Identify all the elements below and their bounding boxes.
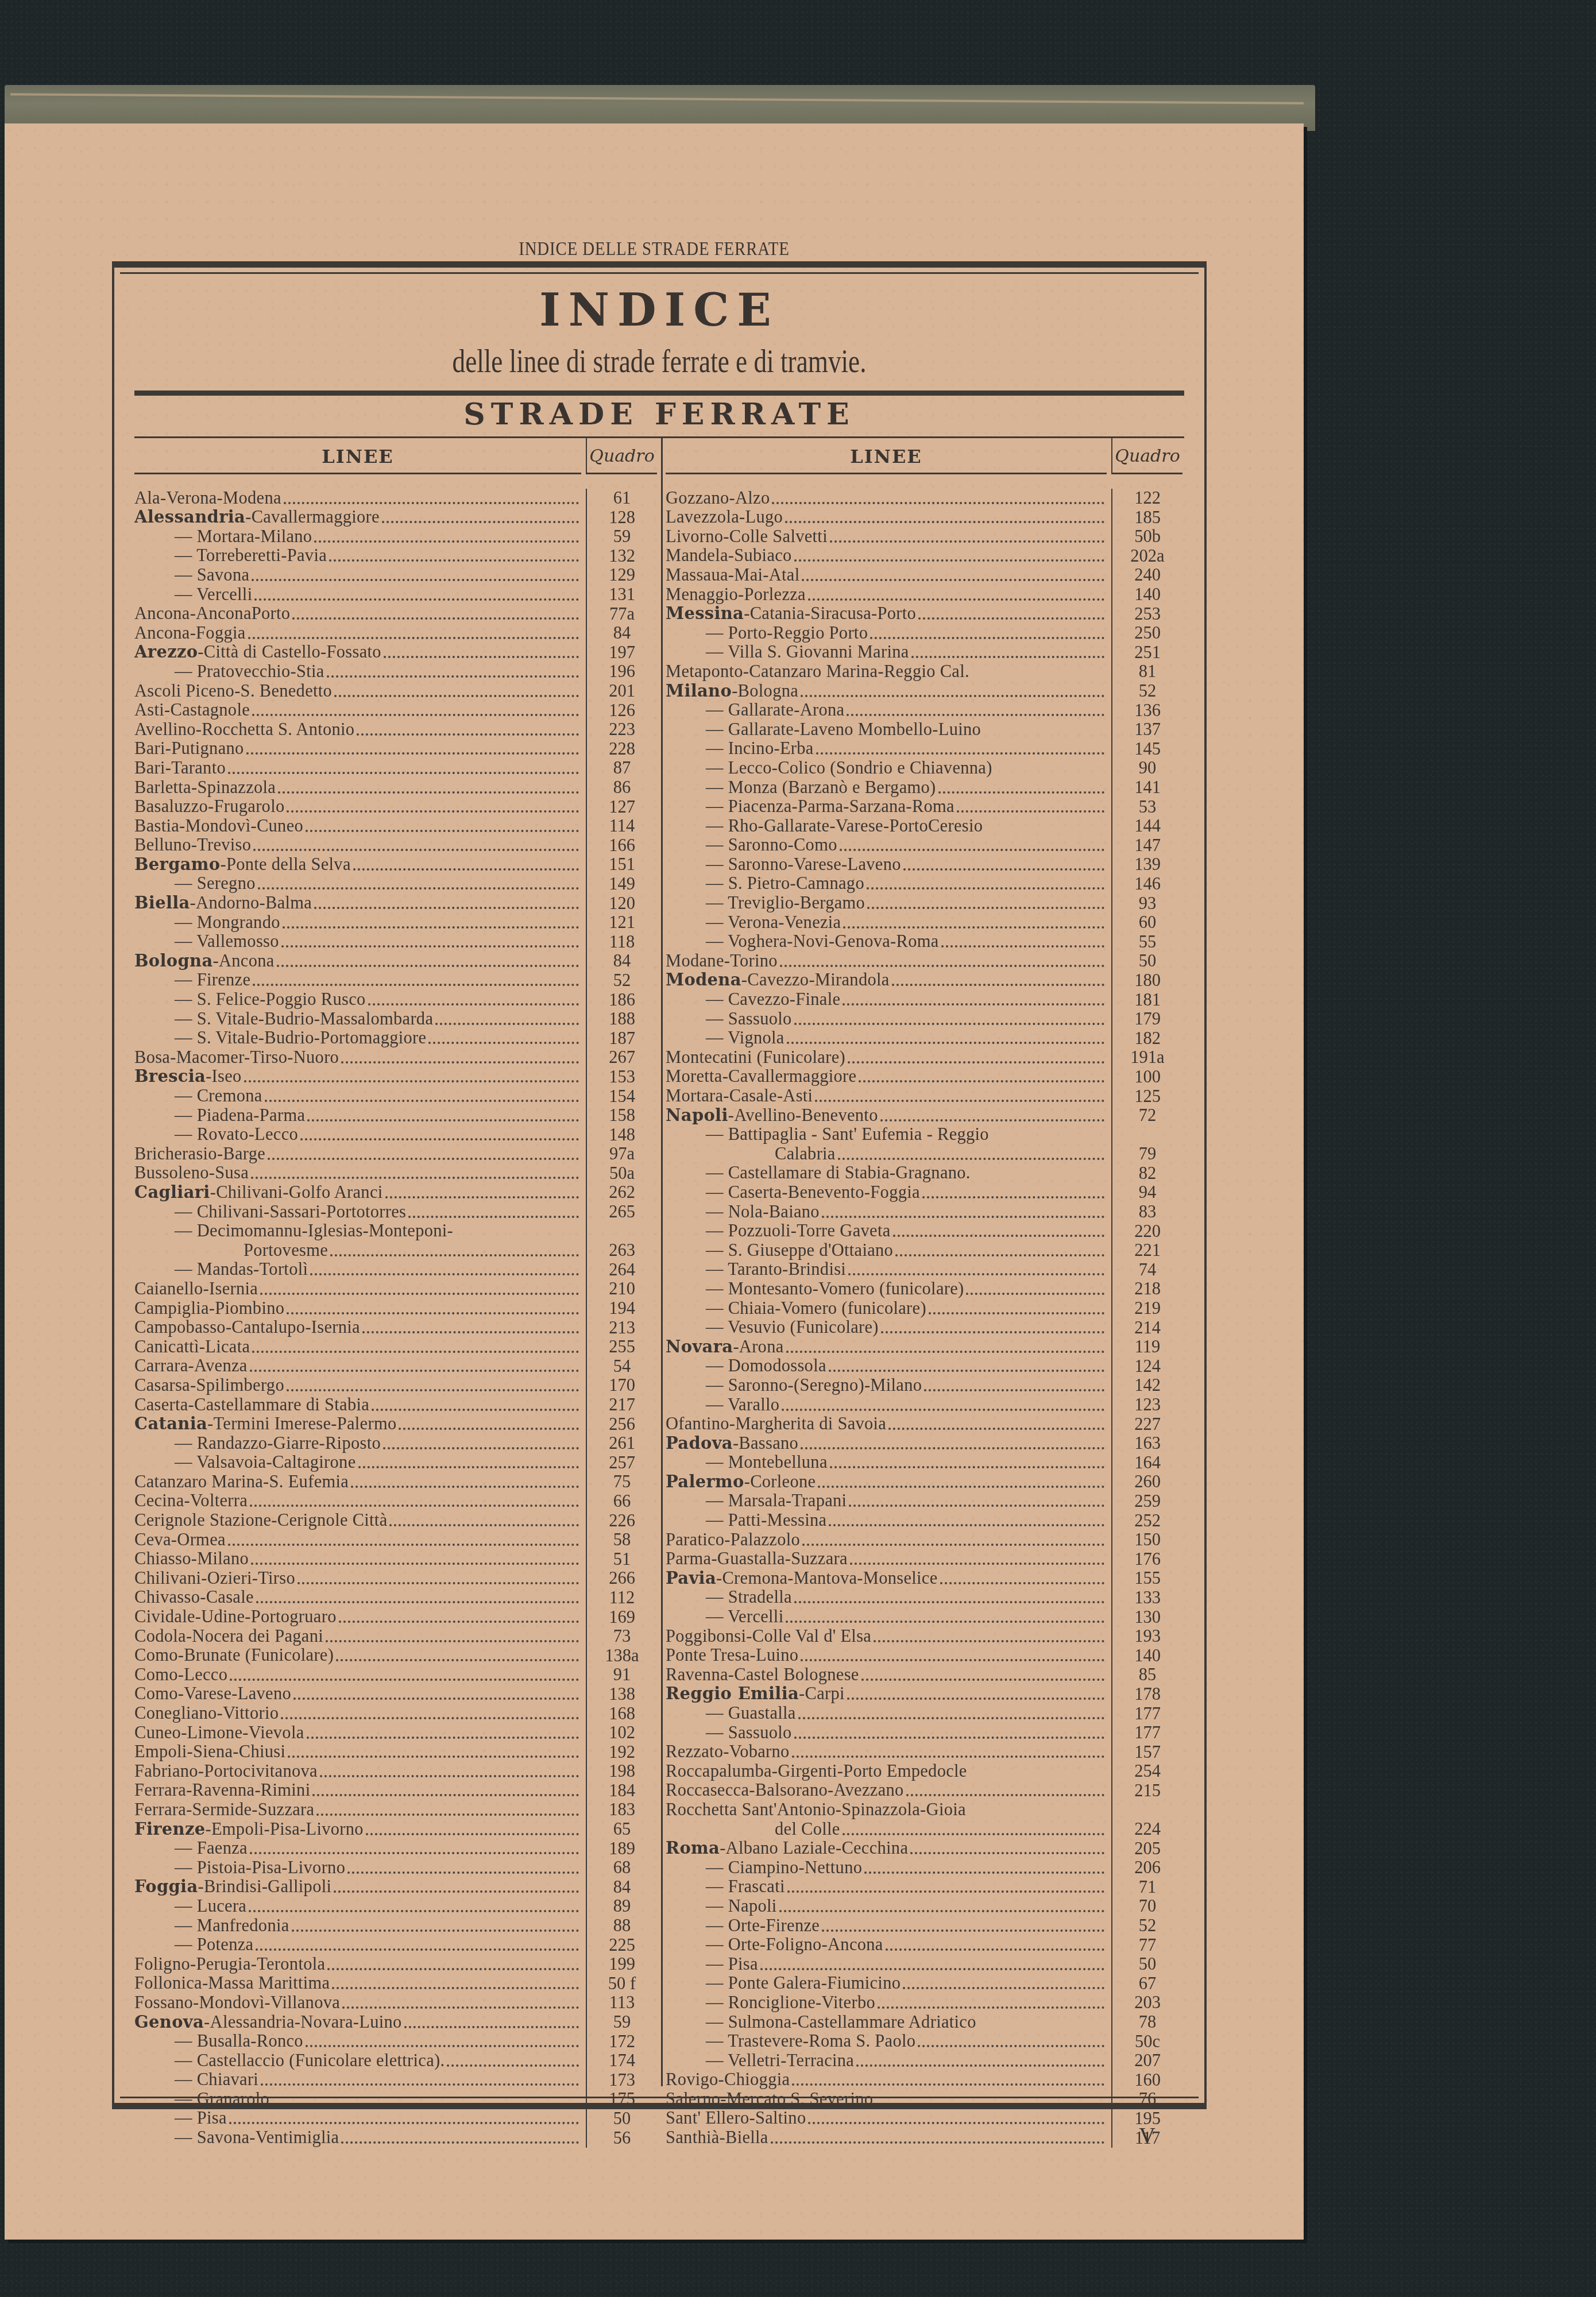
line-name: Firenze-Empoli-Pisa-Livorno [134,1819,581,1839]
index-row: Calabria79 [666,1144,1182,1164]
route-text: — Busalla-Ronco [175,2031,303,2051]
line-text: — Randazzo-Giarre-Riposto [175,1433,381,1453]
line-name: Caserta-Castellammare di Stabia [134,1395,581,1415]
route-text: Montecatini (Funicolare) [666,1047,845,1067]
quadro-number: 138 [609,1685,635,1704]
quadro-cell: 178 [1111,1685,1182,1704]
line-text: — Piacenza-Parma-Sarzana-Roma [706,796,954,817]
dot-leader [347,1858,579,1874]
dot-leader [385,1182,579,1198]
hub-city: Foggia [134,1877,198,1896]
quadro-number: 198 [609,1762,635,1781]
line-name: — Voghera-Novi-Genova-Roma [666,931,1107,952]
quadro-number: 191a [1130,1049,1164,1068]
line-name: — Seregno [134,873,581,894]
route-text: Cecina-Volterra [134,1491,248,1510]
index-frame: INDICE delle linee di strade ferrate e d… [112,261,1207,2109]
line-name: Calabria [666,1144,1107,1164]
dot-leader [924,1375,1104,1391]
line-text: Paratico-Palazzolo [666,1530,800,1550]
line-name: — Mortara-Milano [134,527,581,547]
dot-leader [307,1105,579,1122]
index-row: Mortara-Casale-Asti125 [666,1086,1182,1106]
quadro-number: 220 [1134,1223,1161,1242]
line-text: Bari-Putignano [134,738,244,759]
quadro-cell: 83 [1111,1202,1182,1222]
line-text: Fabriano-Portocivitanova [134,1761,318,1781]
line-text: Bosa-Macomer-Tirso-Nuoro [134,1047,339,1068]
route-text: — Ciampino-Nettuno [706,1858,862,1877]
quadro-number: 144 [1134,817,1161,836]
quadro-number: 51 [613,1550,631,1569]
quadro-cell: 172 [586,2032,657,2052]
line-name: Livorno-Colle Salvetti [666,527,1107,547]
quadro-cell: 176 [1111,1550,1182,1569]
line-text: — Saronno-Como [706,835,837,855]
line-name: Foligno-Perugia-Terontola [134,1954,581,1974]
route-text: — Valsavoia-Caltagirone [175,1452,356,1472]
hub-city: Arezzo [134,642,198,662]
line-text: — Saronno-(Seregno)-Milano [706,1375,922,1395]
line-name: Mandela-Subiaco [666,546,1107,566]
line-name: — Ronciglione-Viterbo [666,1993,1107,2013]
route-text: Como-Brunate (Funicolare) [134,1645,334,1665]
line-text: — Porto-Reggio Porto [706,623,868,643]
line-text: — Taranto-Brindisi [706,1259,846,1279]
line-name: — Potenza [134,1935,581,1955]
quadro-number: 252 [1134,1512,1161,1531]
line-name: Ferrara-Sermide-Suzzara [134,1800,581,1820]
line-text: Como-Lecco [134,1665,227,1685]
route-text: — Gallarate-Laveno Mombello-Luino [706,720,981,739]
quadro-cell: 210 [586,1279,657,1299]
quadro-number: 155 [1134,1569,1161,1588]
quadro-header: Quadro [586,438,657,474]
route-text: Asti-Castagnole [134,700,250,720]
route-text: — Montesanto-Vomero (funicolare) [706,1279,964,1298]
line-text: Livorno-Colle Salvetti [666,527,828,547]
quadro-cell: 119 [1111,1337,1182,1357]
quadro-number: 267 [609,1049,635,1068]
route-text: — Gallarate-Arona [706,700,844,720]
route-text: Bosa-Macomer-Tirso-Nuoro [134,1047,339,1067]
quadro-cell: 84 [586,1878,657,1897]
route-text: Campiglia-Piombino [134,1298,284,1318]
dot-leader [283,912,579,929]
quadro-header: Quadro [1111,438,1182,474]
dot-leader [867,893,1104,909]
line-name: — Stradella [666,1587,1107,1607]
index-row: Caserta-Castellammare di Stabia217 [134,1395,657,1415]
dot-leader [320,1761,579,1777]
route-text: — Patti-Messina [706,1510,826,1530]
line-name: — Savona-Ventimiglia [134,2128,581,2148]
route-text: -Arona [733,1337,783,1356]
quadro-number: 119 [1135,1338,1161,1357]
route-text: — Monza (Barzanò e Bergamo) [706,778,936,797]
index-row: — Manfredonia88 [134,1916,657,1936]
line-name: Bari-Taranto [134,758,581,778]
index-row: — Nola-Baiano83 [666,1202,1182,1222]
line-text: — Mortara-Milano [175,527,312,547]
index-row: Ferrara-Sermide-Suzzara183 [134,1800,657,1820]
quadro-cell: 191a [1111,1048,1182,1068]
quadro-number: 185 [1134,509,1161,528]
index-row: Montecatini (Funicolare)191a [666,1048,1182,1068]
quadro-cell: 158 [586,1106,657,1126]
quadro-cell: 169 [586,1607,657,1627]
quadro-number: 68 [613,1859,631,1878]
quadro-number: 158 [609,1107,635,1126]
route-text: — Saronno-Como [706,835,837,854]
quadro-number: 207 [1134,2052,1161,2071]
index-row: — Vercelli130 [666,1607,1182,1627]
line-name: Cecina-Volterra [134,1491,581,1511]
quadro-number: 145 [1134,740,1161,759]
index-row: — Mongrando121 [134,913,657,933]
index-row: — Vercelli131 [134,585,657,605]
hub-city: Roma [666,1838,720,1858]
index-row: Livorno-Colle Salvetti50b [666,527,1182,547]
quadro-cell: 170 [586,1376,657,1395]
line-name: — S. Felice-Poggio Rusco [134,989,581,1010]
line-text: — Sassuolo [706,1723,792,1743]
left-column: LINEE Quadro Ala-Verona-Modena61Alessand… [134,438,657,2086]
line-name: — Napoli [666,1896,1107,1916]
line-text: Gozzano-Alzo [666,488,770,508]
dot-leader [859,1066,1104,1082]
quadro-number: 223 [609,721,635,740]
index-row: — Saronno-(Seregno)-Milano142 [666,1376,1182,1395]
quadro-cell: 73 [586,1627,657,1646]
dot-leader [979,2012,1104,2028]
line-name: Casarsa-Spilimbergo [134,1375,581,1395]
route-text: Ferrara-Ravenna-Rimini [134,1780,310,1800]
line-name: — Domodossola [666,1356,1107,1376]
line-name: — Trastevere-Roma S. Paolo [666,2031,1107,2051]
dot-leader [816,738,1104,755]
index-row: Como-Lecco91 [134,1665,657,1685]
line-text: Conegliano-Vittorio [134,1703,279,1723]
quadro-number: 219 [1134,1300,1161,1318]
quadro-number: 72 [1139,1107,1157,1126]
line-name: Ancona-AnconaPorto [134,604,581,624]
route-text: Rezzato-Vobarno [666,1742,790,1761]
index-row: — Stradella133 [666,1588,1182,1608]
index-title: INDICE [114,284,1204,337]
dot-leader [786,1607,1104,1623]
line-name: Conegliano-Vittorio [134,1703,581,1723]
route-text: -Cavallermaggiore [245,507,380,527]
route-text: — Stradella [706,1587,792,1607]
line-name: — Lecco-Colico (Sondrio e Chiavenna) [666,758,1107,778]
index-row: — Busalla-Ronco172 [134,2032,657,2052]
line-text: — Pratovecchio-Stia [175,662,324,682]
quadro-cell: 120 [586,894,657,913]
index-row: — Pisa50 [134,2109,657,2129]
quadro-number: 264 [609,1261,635,1280]
route-text: — Savona [175,565,249,585]
route-text: Mortara-Casale-Asti [666,1086,813,1105]
quadro-number: 177 [1134,1705,1161,1724]
route-text: Paratico-Palazzolo [666,1530,800,1549]
quadro-cell: 129 [586,566,657,585]
line-name: Parma-Guastalla-Suzzara [666,1549,1107,1569]
index-row: Mandela-Subiaco202a [666,547,1182,566]
quadro-cell: 194 [586,1299,657,1318]
route-text: — Castellamare di Stabia-Gragnano. [706,1163,971,1182]
index-row: Novara-Arona119 [666,1337,1182,1357]
index-row: Roma-Albano Laziale-Cecchina205 [666,1839,1182,1859]
route-text: Roccasecca-Balsorano-Avezzano [666,1780,904,1800]
quadro-number: 188 [609,1010,635,1029]
route-text: -Empoli-Pisa-Livorno [205,1819,363,1839]
dot-leader [277,951,579,967]
quadro-number: 197 [609,644,635,663]
dot-leader [856,2051,1104,2067]
quadro-cell [1111,1126,1182,1145]
dot-leader [786,1337,1104,1353]
line-name: — Taranto-Brindisi [666,1259,1107,1279]
quadro-cell: 163 [1111,1434,1182,1453]
quadro-number: 257 [609,1454,635,1473]
quadro-number: 50a [609,1165,635,1184]
index-row: — Cremona154 [134,1086,657,1106]
line-name: Reggio Emilia-Carpi [666,1684,1107,1704]
line-name: Bosa-Macomer-Tirso-Nuoro [134,1047,581,1068]
hub-city: Bologna [134,951,212,970]
line-name: Como-Brunate (Funicolare) [134,1645,581,1665]
line-text: — Mongrando [175,912,280,933]
line-name: — S. Vitale-Budrio-Portomaggiore [134,1028,581,1048]
line-name: — Treviglio-Bergamo [666,893,1107,913]
quadro-number: 265 [609,1203,635,1222]
route-text: Bari-Taranto [134,758,226,778]
quadro-number: 66 [613,1492,631,1511]
index-row: — Pistoia-Pisa-Livorno68 [134,1858,657,1878]
index-row: — Torreberetti-Pavia132 [134,547,657,566]
line-name: — Chiavari [134,2070,581,2090]
quadro-cell: 228 [586,740,657,759]
quadro-number: 50 [1139,952,1157,971]
route-text: Bussoleno-Susa [134,1163,249,1182]
line-name: Fossano-Mondovì-Villanova [134,1993,581,2013]
quadro-number: 168 [609,1705,635,1724]
index-row: Caianello-Isernia210 [134,1279,657,1299]
line-text: Pavia-Cremona-Mantova-Monselice [666,1568,938,1588]
line-name: Massaua-Mai-Atal [666,565,1107,585]
quadro-number: 178 [1134,1685,1161,1704]
line-name: — Savona [134,565,581,585]
quadro-number: 196 [609,663,635,682]
quadro-number: 52 [613,972,631,991]
quadro-number: 163 [1134,1434,1161,1453]
quadro-cell: 240 [1111,566,1182,585]
quadro-number: 100 [1134,1068,1161,1087]
line-name: — Rovato-Lecco [134,1124,581,1144]
index-row: Ancona-AnconaPorto77a [134,605,657,624]
line-name: — Sassuolo [666,1009,1107,1029]
line-text: — Gallarate-Arona [706,700,844,720]
quadro-number: 102 [609,1724,635,1743]
route-text: — Rho-Gallarate-Varese-PortoCeresio [706,816,983,836]
quadro-number: 176 [1134,1550,1161,1569]
line-name: — Rho-Gallarate-Varese-PortoCeresio [666,816,1107,836]
index-row: — Seregno149 [134,875,657,894]
quadro-cell: 226 [586,1511,657,1530]
quadro-cell: 147 [1111,836,1182,856]
route-text: Caserta-Castellammare di Stabia [134,1395,369,1414]
quadro-cell: 160 [1111,2071,1182,2090]
index-row: Ofantino-Margherita di Savoia227 [666,1415,1182,1434]
quadro-cell: 77a [586,605,657,624]
dot-leader [850,1549,1104,1565]
line-text: Padova-Bassano [666,1433,798,1453]
dot-leader [957,796,1104,813]
quadro-cell: 186 [586,990,657,1010]
quadro-cell: 52 [586,971,657,991]
route-text: — Mortara-Milano [175,527,312,546]
index-row: Roccapalumba-Girgenti-Porto Empedocle254 [666,1762,1182,1781]
line-name: — Vesuvio (Funicolare) [666,1317,1107,1337]
line-text: — Frascati [706,1877,785,1897]
quadro-number: 157 [1134,1743,1161,1762]
quadro-cell: 130 [1111,1607,1182,1627]
dot-leader [287,1375,579,1391]
line-text: Foggia-Brindisi-Gallipoli [134,1877,331,1897]
index-row: — Verona-Venezia60 [666,913,1182,933]
line-name: — Montesanto-Vomero (funicolare) [666,1279,1107,1299]
index-row: — Pozzuoli-Torre Gaveta220 [666,1222,1182,1242]
quadro-cell: 145 [1111,740,1182,759]
quadro-cell: 77 [1111,1936,1182,1955]
quadro-number: 187 [609,1030,635,1049]
route-text: Poggibonsi-Colle Val d' Elsa [666,1626,871,1646]
line-name: Catanzaro Marina-S. Eufemia [134,1472,581,1492]
line-text: Ceva-Ormea [134,1530,226,1550]
running-head: INDICE DELLE STRADE FERRATE [102,238,1207,260]
dot-leader [258,873,579,890]
dot-leader [818,1472,1104,1488]
route-text: Rocchetta Sant'Antonio-Spinazzola-Gioia [666,1800,966,1819]
index-row: Sant' Ellero-Saltino195 [666,2109,1182,2129]
route-text: — Cavezzo-Finale [706,989,840,1009]
quadro-cell: 213 [586,1318,657,1338]
quadro-cell: 267 [586,1048,657,1068]
route-text: — Rovato-Lecco [175,1124,298,1144]
route-text: — Ponte Galera-Fiumicino [706,1973,901,1993]
quadro-number: 173 [609,2071,635,2090]
dot-leader [878,1993,1104,2009]
quadro-number: 205 [1134,1840,1161,1859]
dot-leader [252,565,579,581]
quadro-cell: 148 [586,1126,657,1145]
dot-leader [250,1838,579,1854]
quadro-number: 181 [1134,991,1161,1010]
dot-leader [969,1761,1104,1777]
route-text: — Vercelli [175,585,252,604]
index-row: Como-Varese-Laveno138 [134,1685,657,1704]
line-text: — Orte-Foligno-Ancona [706,1935,883,1955]
quadro-number: 218 [1134,1280,1161,1299]
dot-leader [326,1626,579,1642]
quadro-cell: 53 [1111,798,1182,817]
quadro-cell: 91 [586,1665,657,1685]
quadro-cell: 141 [1111,778,1182,798]
dot-leader [864,1858,1104,1874]
line-text: — Stradella [706,1587,792,1607]
index-row: — Villa S. Giovanni Marina251 [666,643,1182,663]
line-name: Genova-Alessandria-Novara-Luino [134,2012,581,2032]
quadro-cell: 185 [1111,508,1182,528]
quadro-number: 183 [609,1801,635,1820]
index-row: — S. Giuseppe d'Ottaiano221 [666,1241,1182,1260]
quadro-number: 89 [613,1897,631,1916]
line-name: Novara-Arona [666,1337,1107,1357]
quadro-number: 122 [1134,489,1161,508]
quadro-cell: 133 [1111,1588,1182,1608]
line-text: Massaua-Mai-Atal [666,565,799,585]
quadro-number: 75 [613,1473,631,1492]
quadro-number: 203 [1134,1994,1161,2013]
quadro-cell: 259 [1111,1492,1182,1511]
line-name: Rocchetta Sant'Antonio-Spinazzola-Gioia [666,1800,1107,1820]
line-name: — Cremona [134,1086,581,1106]
dot-leader [408,1202,579,1218]
route-text: Codola-Nocera dei Pagani [134,1626,323,1646]
quadro-number: 140 [1134,1647,1161,1666]
route-text: — S. Felice-Poggio Rusco [175,989,366,1009]
quadro-number: 213 [609,1319,635,1338]
quadro-cell: 250 [1111,624,1182,643]
quadro-number: 151 [609,856,635,875]
index-row: — Decimomannu-Iglesias-Monteponi- [134,1222,657,1242]
line-name: Ofantino-Margherita di Savoia [666,1414,1107,1434]
dot-leader [284,488,579,504]
quadro-number: 164 [1134,1454,1161,1473]
index-row: — Savona-Ventimiglia56 [134,2128,657,2148]
index-row: — Pratovecchio-Stia196 [134,662,657,682]
line-text: Bergamo-Ponte della Selva [134,854,351,875]
dot-leader [229,2108,579,2124]
hub-city: Palermo [666,1472,744,1491]
line-name: — Lucera [134,1896,581,1916]
index-row: Menaggio-Porlezza140 [666,585,1182,605]
line-text: — Castellamare di Stabia-Gragnano. [706,1163,971,1183]
route-text: Bricherasio-Barge [134,1144,265,1163]
line-text: — Chiavari [175,2070,258,2090]
line-name: Paratico-Palazzolo [666,1530,1107,1550]
index-row: — Monza (Barzanò e Bergamo)141 [666,778,1182,798]
index-row: Cerignole Stazione-Cerignole Città226 [134,1511,657,1530]
route-text: — Chilivani-Sassari-Portotorres [175,1202,406,1221]
line-text: Barletta-Spinazzola [134,778,276,798]
index-row: — Castellamare di Stabia-Gragnano.82 [666,1164,1182,1184]
line-text: Sant' Ellero-Saltino [666,2108,806,2128]
route-text: Catanzaro Marina-S. Eufemia [134,1472,349,1491]
dot-leader [281,931,579,948]
frame-top-rule [112,261,1207,268]
route-text: — Vesuvio (Funicolare) [706,1317,879,1337]
quadro-number: 94 [1139,1184,1157,1202]
quadro-number: 240 [1134,566,1161,585]
route-text: Menaggio-Porlezza [666,585,806,604]
route-text: -Città di Castello-Fossato [198,642,381,662]
line-text: Poggibonsi-Colle Val d' Elsa [666,1626,871,1646]
route-text: — Chiavari [175,2070,258,2089]
quadro-number: 70 [1139,1897,1157,1916]
dot-leader [792,2070,1104,2086]
